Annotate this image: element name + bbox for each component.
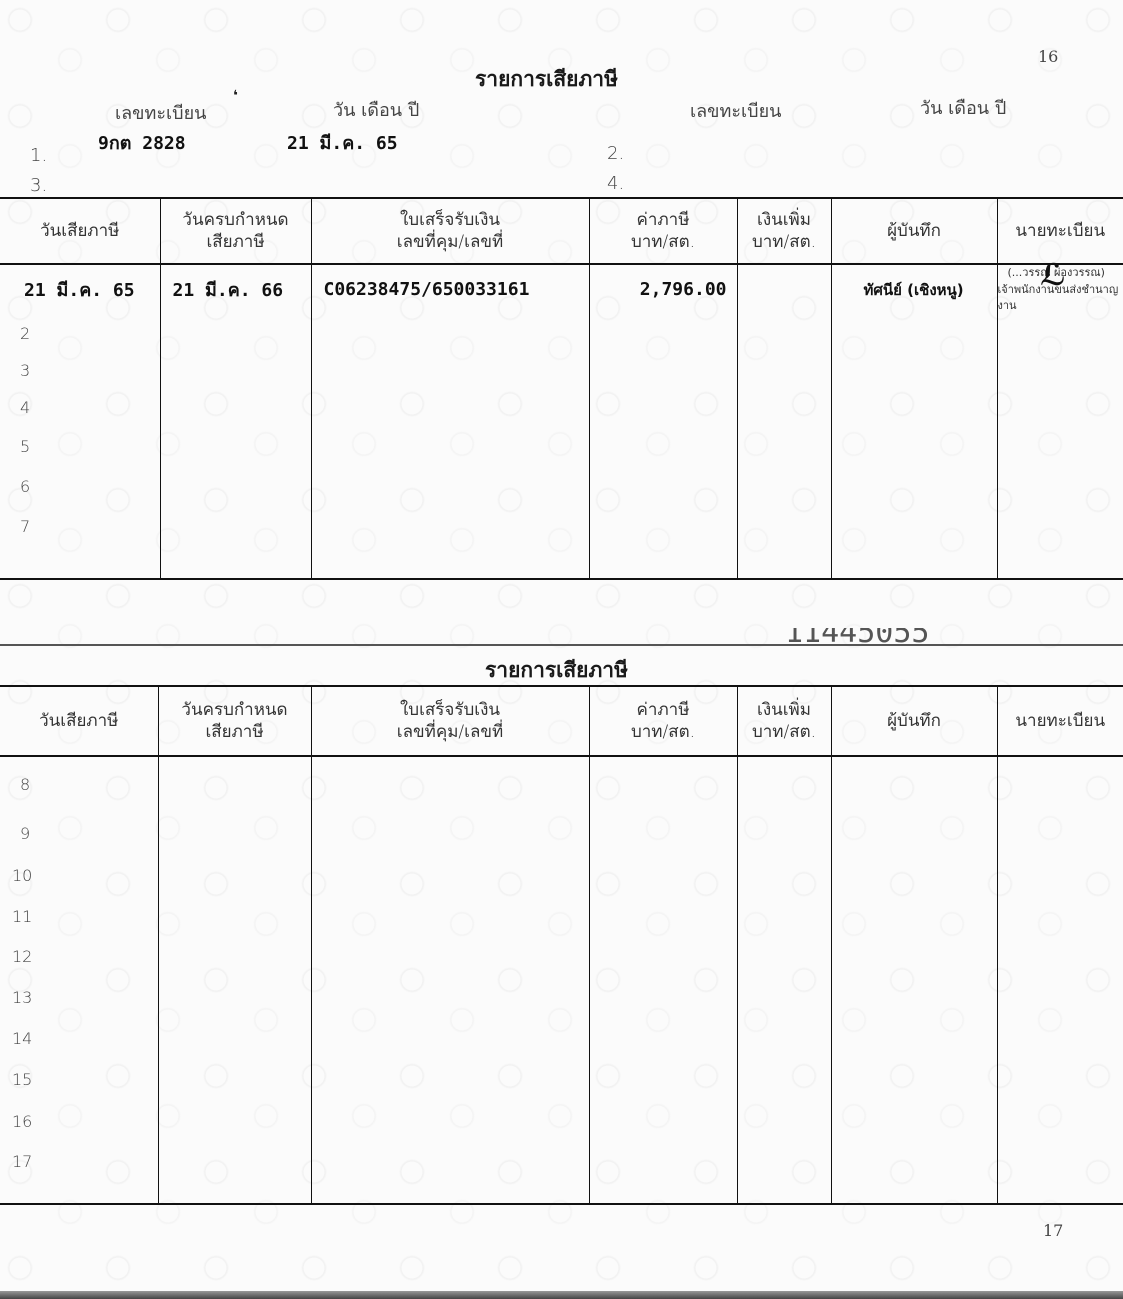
page-number-bottom: 17 [1043,1221,1063,1240]
col-header-receipt: ใบเสร็จรับเงินเลขที่คุม/เลขที่ [311,198,589,264]
col-header-tax: ค่าภาษีบาท/สต. [589,686,737,756]
reg-no-entry-1: 9กต 2828 [98,128,186,157]
surcharge-cell [737,264,831,315]
recorder-cell: ทัศนีย์ (เชิงหนู) [831,264,997,315]
table-row: 2 [0,315,1123,353]
date-header-left: วัน เดือน ปี [333,95,419,124]
table-row: 7 [0,507,1123,579]
tax-payment-table-2: วันเสียภาษี วันครบกำหนดเสียภาษี ใบเสร็จร… [0,685,1123,1205]
col-header-due-date: วันครบกำหนดเสียภาษี [158,686,311,756]
page-number-top: 16 [1038,47,1058,66]
table-row: 15 [0,1058,1123,1100]
table-row: 12 [0,936,1123,976]
table-row: 6 [0,467,1123,507]
col-header-registrar: นายทะเบียน [997,686,1123,756]
col-header-paid-date: วันเสียภาษี [0,198,160,264]
page-divider [0,644,1123,646]
table-row: 5 [0,427,1123,467]
serial-number-partial: 11445055 [785,628,930,648]
table-row: 8 [0,756,1123,812]
section-title: รายการเสียภาษี [475,63,618,96]
tax-cell: 2,796.00 [589,264,737,315]
entry-index-3: 3. [30,175,47,196]
registrar-signature: ℒ [1040,258,1066,293]
section-title-2: รายการเสียภาษี [485,654,628,687]
entry-index-2: 2. [607,143,624,164]
date-entry-1: 21 มี.ค. 65 [287,128,398,157]
table-header-row: วันเสียภาษี วันครบกำหนดเสียภาษี ใบเสร็จร… [0,686,1123,756]
table-row: 9 [0,812,1123,854]
col-header-tax: ค่าภาษีบาท/สต. [589,198,737,264]
page-bottom-edge [0,1291,1123,1299]
table-row: 13 [0,976,1123,1018]
date-header-right: วัน เดือน ปี [920,93,1006,122]
table-row: 3 [0,353,1123,389]
reg-no-header-right: เลขทะเบียน [690,96,781,125]
col-header-paid-date: วันเสียภาษี [0,686,158,756]
tax-payment-table-1: วันเสียภาษี วันครบกำหนดเสียภาษี ใบเสร็จร… [0,197,1123,580]
due-date-cell: 21 มี.ค. 66 [160,264,311,315]
entry-index-1: 1. [30,145,47,166]
table-row: 16 [0,1100,1123,1142]
receipt-cell: C06238475/650033161 [311,264,589,315]
col-header-surcharge: เงินเพิ่มบาท/สต. [737,198,831,264]
col-header-due-date: วันครบกำหนดเสียภาษี [160,198,311,264]
paid-date-cell: 21 มี.ค. 65 [0,264,160,315]
col-header-registrar: นายทะเบียน [997,198,1123,264]
entry-index-4: 4. [607,173,624,194]
col-header-recorder: ผู้บันทึก [831,198,997,264]
col-header-recorder: ผู้บันทึก [831,686,997,756]
col-header-receipt: ใบเสร็จรับเงินเลขที่คุม/เลขที่ [311,686,589,756]
table-row: 10 [0,854,1123,896]
recorder-stamp: ทัศนีย์ (เชิงหนู) [864,281,964,299]
table-row: 11 [0,896,1123,936]
reg-no-header-left: เลขทะเบียน [115,98,206,127]
table-row: 21 มี.ค. 65 21 มี.ค. 66 C06238475/650033… [0,264,1123,315]
table-row: 14 [0,1018,1123,1058]
ink-mark: ❛ [233,88,238,104]
col-header-surcharge: เงินเพิ่มบาท/สต. [737,686,831,756]
table-row: 17 [0,1142,1123,1204]
table-row: 4 [0,389,1123,427]
table-header-row: วันเสียภาษี วันครบกำหนดเสียภาษี ใบเสร็จร… [0,198,1123,264]
